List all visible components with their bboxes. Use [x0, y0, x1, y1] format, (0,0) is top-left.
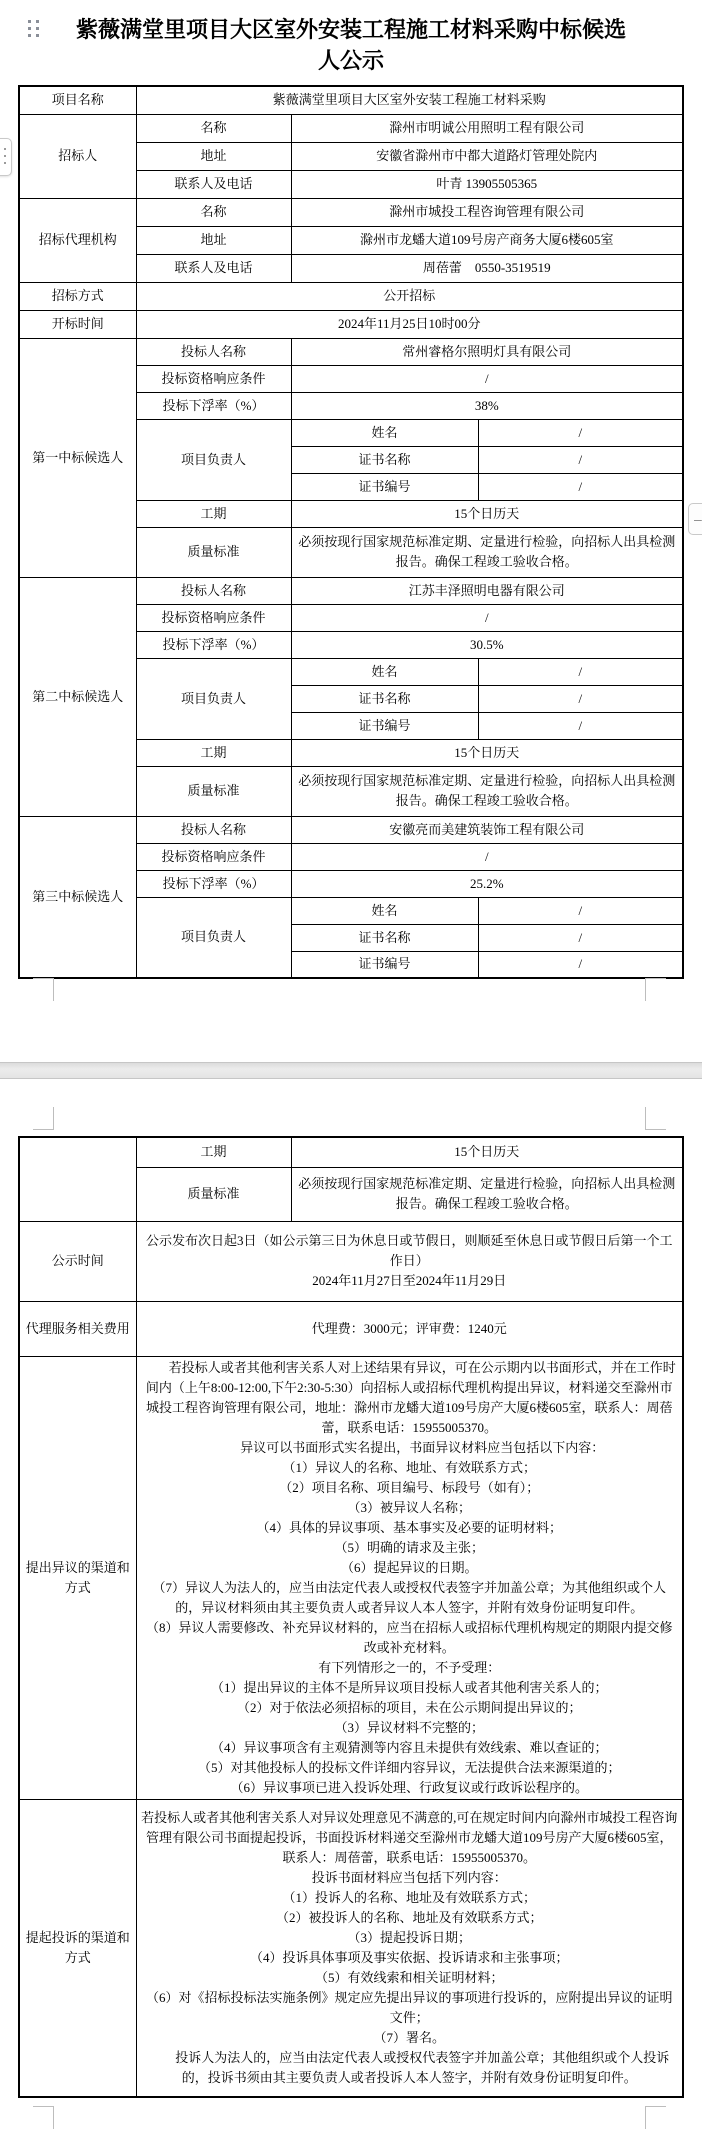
table-row: 招标人名称滁州市明诚公用照明工程有限公司	[19, 114, 683, 142]
table-row: 提起投诉的渠道和方式若投标人或者其他利害关系人对异议处理意见不满意的,可在规定时…	[19, 1799, 683, 2097]
table-cell: 38%	[291, 392, 683, 419]
table-cell: 投标人名称	[136, 577, 291, 604]
table-cell: 公示发布次日起3日（如公示第三日为休息日或节假日，则顺延至休息日或节假日后第一个…	[136, 1221, 683, 1301]
table-cell: /	[478, 419, 683, 446]
table-row: 招标代理机构名称滁州市城投工程咨询管理有限公司	[19, 198, 683, 226]
table-cell: 投标资格响应条件	[136, 604, 291, 631]
table-row: 第二中标候选人投标人名称江苏丰泽照明电器有限公司	[19, 577, 683, 604]
table-cell: 开标时间	[19, 310, 136, 338]
document-page-1: 紫薇满堂里项目大区室外安装工程施工材料采购中标候选人公示 项目名称紫薇满堂里项目…	[0, 0, 702, 1063]
table-cell: 姓名	[291, 419, 478, 446]
table-row: 项目名称紫薇满堂里项目大区室外安装工程施工材料采购	[19, 86, 683, 114]
page-title: 紫薇满堂里项目大区室外安装工程施工材料采购中标候选人公示	[73, 14, 629, 76]
table-cell: 名称	[136, 198, 291, 226]
table-cell: 证书名称	[291, 924, 478, 951]
table-cell: 联系人及电话	[136, 170, 291, 198]
table-row: 招标方式公开招标	[19, 282, 683, 310]
table-cell: 投标下浮率（%）	[136, 631, 291, 658]
table-cell: 证书名称	[291, 685, 478, 712]
table-cell: 30.5%	[291, 631, 683, 658]
table-cell: 项目名称	[19, 86, 136, 114]
table-cell: 必须按现行国家规范标准定期、定量进行检验，向招标人出具检测报告。确保工程竣工验收…	[291, 766, 683, 816]
margin-mark-bottom-left	[33, 2106, 54, 2129]
table-cell: 15个日历天	[291, 500, 683, 527]
bid-announcement-table-page1: 项目名称紫薇满堂里项目大区室外安装工程施工材料采购招标人名称滁州市明诚公用照明工…	[18, 85, 684, 979]
table-cell: /	[478, 685, 683, 712]
table-cell: /	[291, 365, 683, 392]
table-cell: 15个日历天	[291, 739, 683, 766]
table-cell: 证书编号	[291, 951, 478, 978]
announcement-table: 项目名称紫薇满堂里项目大区室外安装工程施工材料采购招标人名称滁州市明诚公用照明工…	[18, 85, 684, 979]
table-cell: 安徽亮而美建筑装饰工程有限公司	[291, 816, 683, 843]
table-cell: /	[291, 604, 683, 631]
table-cell: 工期	[136, 500, 291, 527]
table-row: 开标时间2024年11月25日10时00分	[19, 310, 683, 338]
table-cell: 若投标人或者其他利害关系人对异议处理意见不满意的,可在规定时间内向滁州市城投工程…	[136, 1799, 683, 2097]
table-cell: 第一中标候选人	[19, 338, 136, 577]
table-cell: 地址	[136, 142, 291, 170]
table-cell: 项目负责人	[136, 897, 291, 978]
table-cell: 代理费：3000元；评审费：1240元	[136, 1301, 683, 1356]
table-cell: 投标资格响应条件	[136, 365, 291, 392]
table-cell: 证书名称	[291, 446, 478, 473]
margin-mark-bottom-right	[645, 978, 666, 1001]
table-cell: /	[478, 951, 683, 978]
bid-announcement-table-page2: 工期15个日历天质量标准必须按现行国家规范标准定期、定量进行检验，向招标人出具检…	[18, 1136, 684, 2098]
table-cell: 投标资格响应条件	[136, 843, 291, 870]
table-cell: 公开招标	[136, 282, 683, 310]
table-cell: 招标代理机构	[19, 198, 136, 282]
table-cell: /	[478, 712, 683, 739]
table-cell: 姓名	[291, 897, 478, 924]
table-cell: 滁州市明诚公用照明工程有限公司	[291, 114, 683, 142]
table-cell: 2024年11月25日10时00分	[136, 310, 683, 338]
table-cell: 安徽省滁州市中都大道路灯管理处院内	[291, 142, 683, 170]
table-cell: 证书编号	[291, 473, 478, 500]
table-cell: 质量标准	[136, 527, 291, 577]
table-cell: 江苏丰泽照明电器有限公司	[291, 577, 683, 604]
collapse-minus-button[interactable]: –	[688, 503, 702, 535]
drag-handle-icon[interactable]	[28, 20, 39, 38]
table-cell: 招标人	[19, 114, 136, 198]
table-cell: 必须按现行国家规范标准定期、定量进行检验，向招标人出具检测报告。确保工程竣工验收…	[291, 1167, 683, 1221]
table-cell: 工期	[136, 1137, 291, 1167]
table-cell: 滁州市龙蟠大道109号房产商务大厦6楼605室	[291, 226, 683, 254]
margin-mark-top-right	[645, 1107, 666, 1130]
table-cell: 提出异议的渠道和方式	[19, 1356, 136, 1799]
announcement-table: 工期15个日历天质量标准必须按现行国家规范标准定期、定量进行检验，向招标人出具检…	[18, 1136, 684, 2098]
table-cell: 第三中标候选人	[19, 816, 136, 978]
table-cell: 投标人名称	[136, 338, 291, 365]
table-cell: 质量标准	[136, 1167, 291, 1221]
table-cell: 地址	[136, 226, 291, 254]
table-cell: 公示时间	[19, 1221, 136, 1301]
table-cell: 常州睿格尔照明灯具有限公司	[291, 338, 683, 365]
table-cell: 周蓓蕾 0550-3519519	[291, 254, 683, 282]
page-separator	[0, 1063, 702, 1078]
document-page-2: 工期15个日历天质量标准必须按现行国家规范标准定期、定量进行检验，向招标人出具检…	[0, 1078, 702, 2130]
table-cell: 25.2%	[291, 870, 683, 897]
table-cell: 招标方式	[19, 282, 136, 310]
table-cell: /	[478, 446, 683, 473]
table-cell: 第二中标候选人	[19, 577, 136, 816]
table-cell: 姓名	[291, 658, 478, 685]
table-cell: 投标下浮率（%）	[136, 392, 291, 419]
table-cell: 15个日历天	[291, 1137, 683, 1167]
margin-mark-top-left	[33, 1107, 54, 1130]
table-cell: /	[291, 843, 683, 870]
margin-mark-bottom-right	[645, 2106, 666, 2129]
table-cell: 紫薇满堂里项目大区室外安装工程施工材料采购	[136, 86, 683, 114]
table-row: 公示时间公示发布次日起3日（如公示第三日为休息日或节假日，则顺延至休息日或节假日…	[19, 1221, 683, 1301]
table-cell: 联系人及电话	[136, 254, 291, 282]
table-cell: /	[478, 473, 683, 500]
table-cell: 必须按现行国家规范标准定期、定量进行检验，向招标人出具检测报告。确保工程竣工验收…	[291, 527, 683, 577]
table-row: 工期15个日历天	[19, 1137, 683, 1167]
table-cell: 项目负责人	[136, 419, 291, 500]
table-cell: 证书编号	[291, 712, 478, 739]
table-cell: 投标下浮率（%）	[136, 870, 291, 897]
table-cell: 若投标人或者其他利害关系人对上述结果有异议，可在公示期内以书面形式，并在工作时间…	[136, 1356, 683, 1799]
table-cell: 名称	[136, 114, 291, 142]
table-cell: 滁州市城投工程咨询管理有限公司	[291, 198, 683, 226]
table-row: 第三中标候选人投标人名称安徽亮而美建筑装饰工程有限公司	[19, 816, 683, 843]
table-row: 代理服务相关费用代理费：3000元；评审费：1240元	[19, 1301, 683, 1356]
margin-mark-bottom-left	[33, 978, 54, 1001]
table-cell-empty	[19, 1137, 136, 1221]
table-row: 提出异议的渠道和方式 若投标人或者其他利害关系人对上述结果有异议，可在公示期内以…	[19, 1356, 683, 1799]
table-cell: 提起投诉的渠道和方式	[19, 1799, 136, 2097]
table-cell: 质量标准	[136, 766, 291, 816]
table-cell: /	[478, 658, 683, 685]
table-cell: 工期	[136, 739, 291, 766]
table-cell: 投标人名称	[136, 816, 291, 843]
table-cell: /	[478, 897, 683, 924]
side-handle[interactable]	[0, 138, 12, 176]
table-cell: /	[478, 924, 683, 951]
table-cell: 项目负责人	[136, 658, 291, 739]
table-row: 第一中标候选人投标人名称常州睿格尔照明灯具有限公司	[19, 338, 683, 365]
table-cell: 代理服务相关费用	[19, 1301, 136, 1356]
table-cell: 叶青 13905505365	[291, 170, 683, 198]
